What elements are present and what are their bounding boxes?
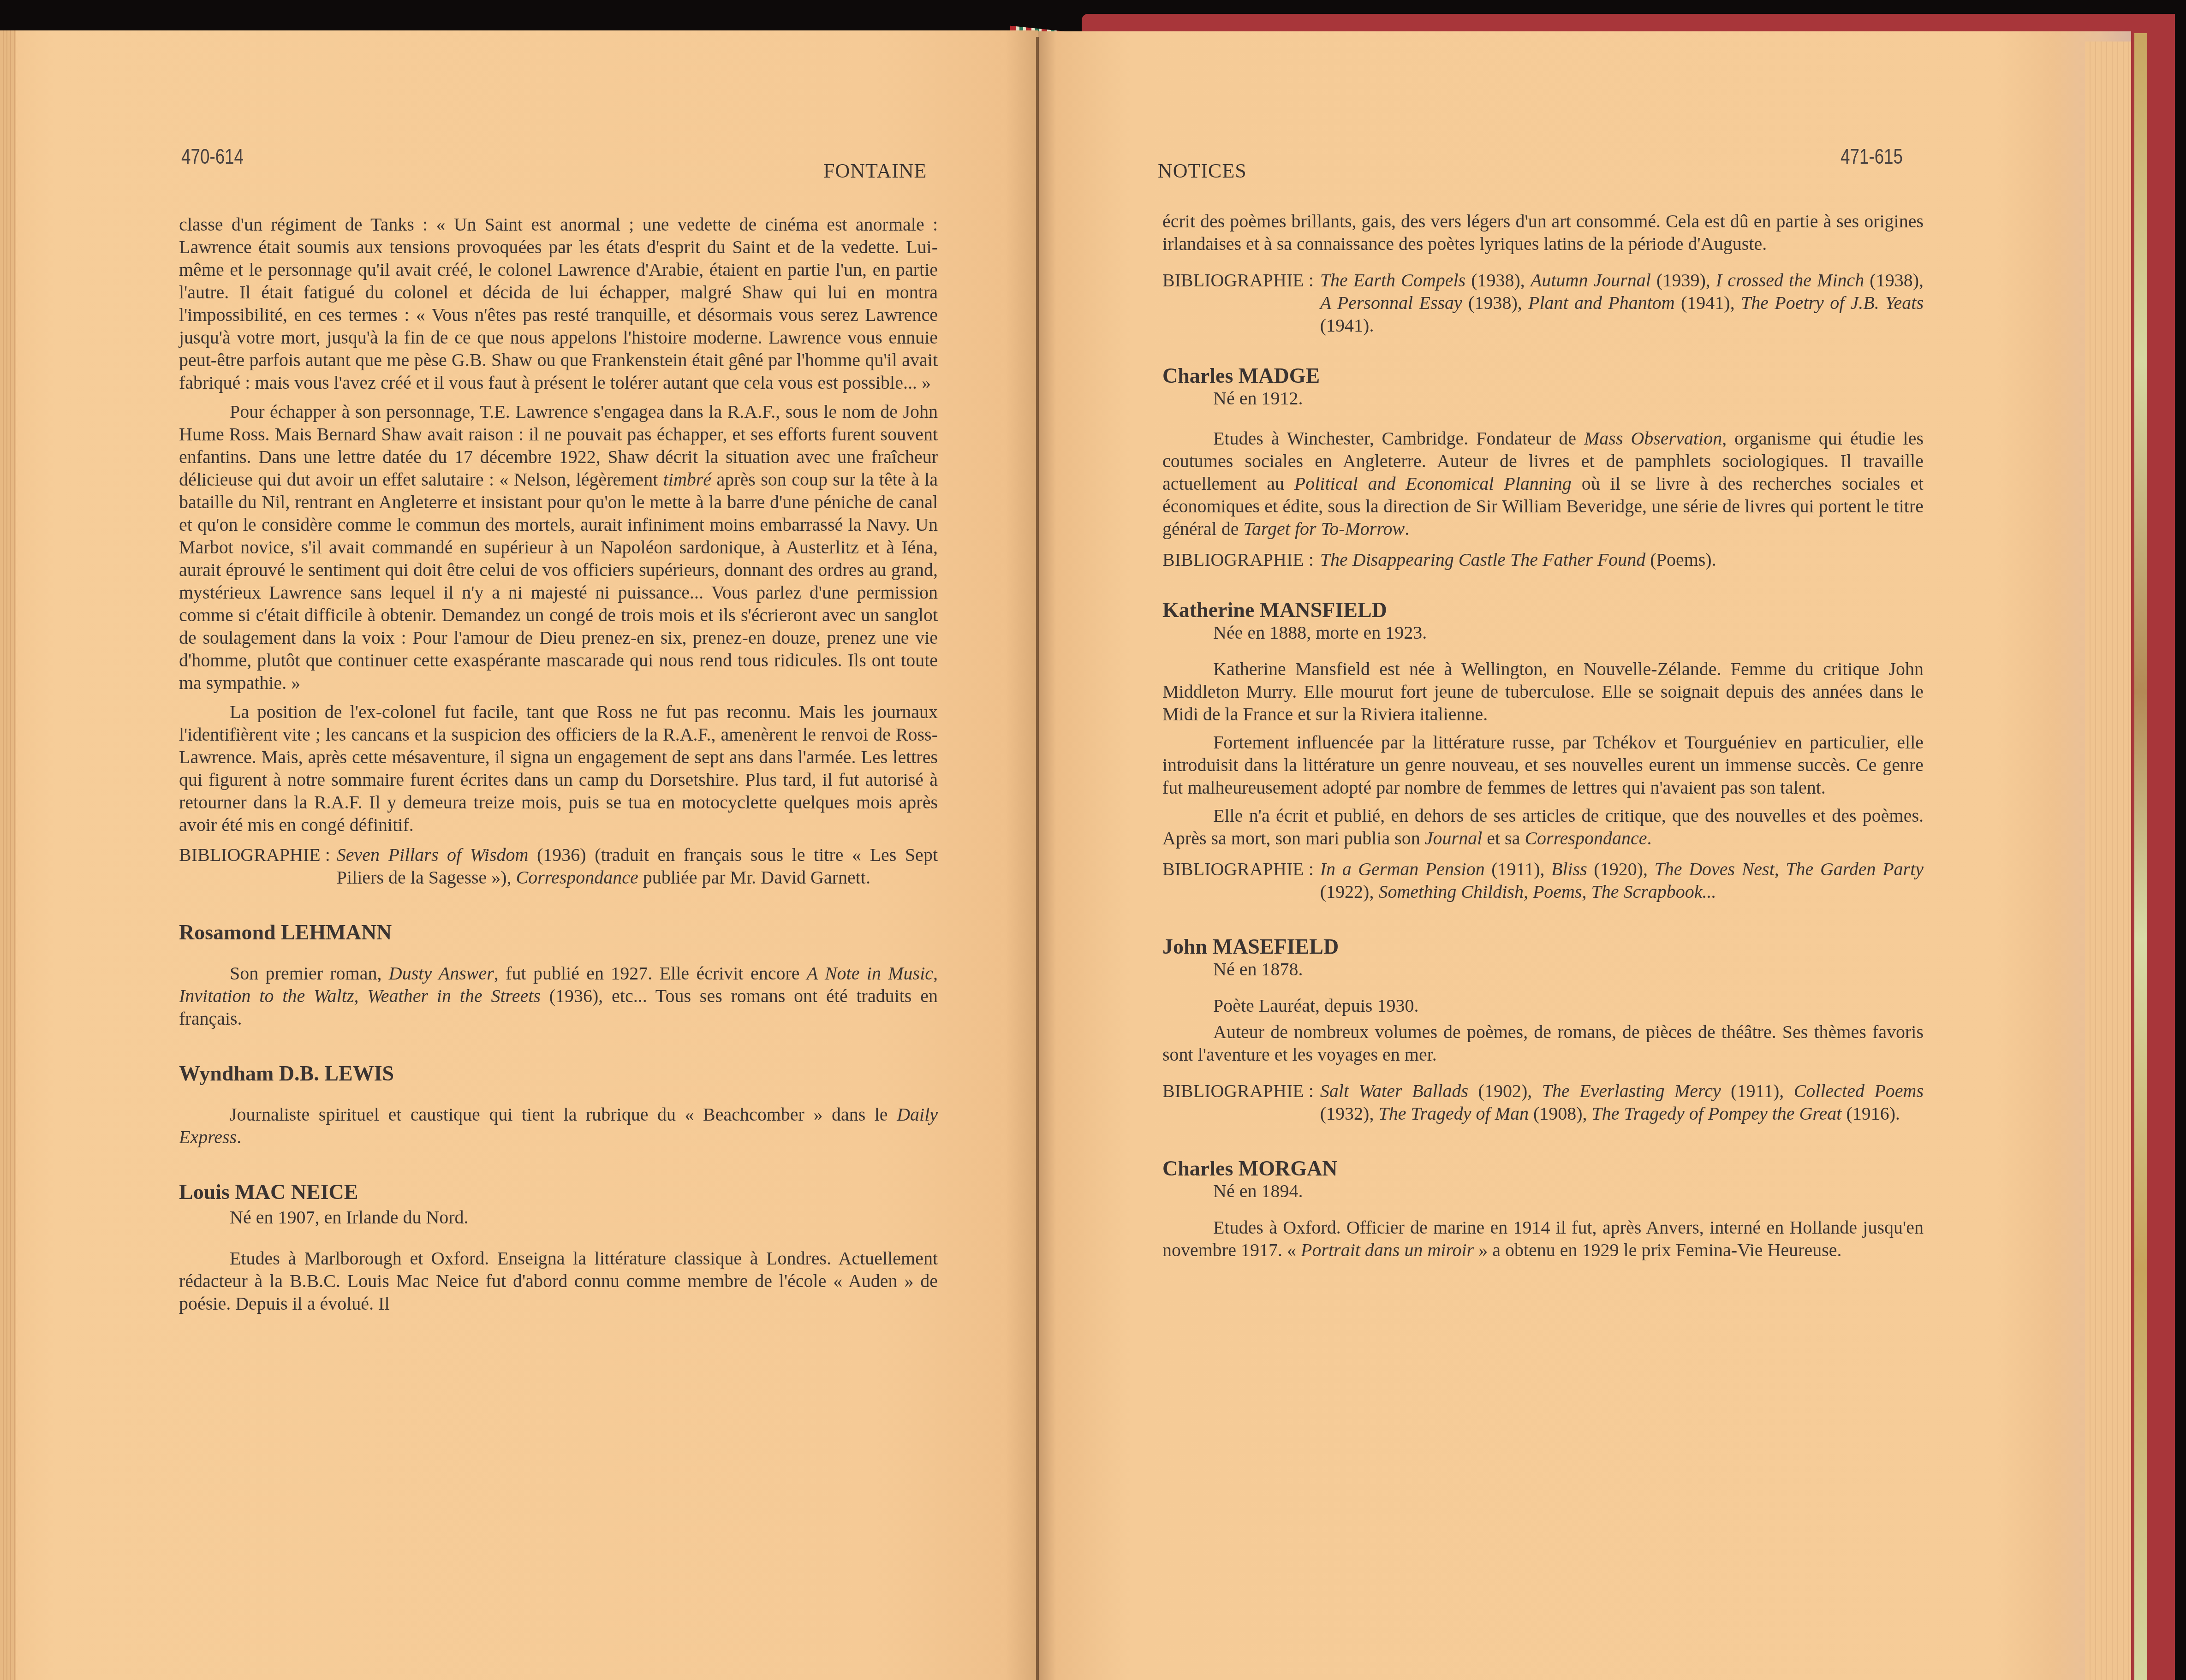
macneice-bibliography: BIBLIOGRAPHIE : The Earth Compels (1938)…: [1162, 269, 1924, 337]
entry-text: Poète Lauréat, depuis 1930.: [1213, 994, 1924, 1017]
author-name: Louis MAC NEICE: [179, 1181, 938, 1203]
running-head-right: NOTICES: [1158, 159, 1247, 183]
running-head-left: FONTAINE: [823, 159, 927, 183]
lawrence-bibliography: BIBLIOGRAPHIE : Seven Pillars of Wisdom …: [179, 843, 938, 889]
entry-text: Son premier roman, Dusty Answer, fut pub…: [179, 962, 938, 1030]
author-name: Charles MORGAN: [1162, 1157, 1924, 1180]
right-page-edges: [2085, 42, 2131, 1680]
author-name: Katherine MANSFIELD: [1162, 599, 1924, 621]
page-number-left: 470-614: [181, 144, 244, 169]
left-page-body: classe d'un régiment de Tanks : « Un Sai…: [179, 213, 938, 1315]
lawrence-position-paragraph: La position de l'ex-colonel fut facile, …: [179, 700, 938, 836]
right-page-body: écrit des poèmes brillants, gais, des ve…: [1162, 210, 1924, 1261]
entry-text: Elle n'a écrit et publié, en dehors de s…: [1162, 804, 1924, 849]
entry-lehmann: Rosamond LEHMANN Son premier roman, Dust…: [179, 921, 938, 1030]
birth-info: Né en 1912.: [1213, 387, 1924, 410]
entry-madge: Charles MADGE Né en 1912. Etudes à Winch…: [1162, 364, 1924, 571]
entry-morgan: Charles MORGAN Né en 1894. Etudes à Oxfo…: [1162, 1157, 1924, 1261]
page-number-right: 471-615: [1841, 144, 1903, 169]
entry-text: Etudes à Marlborough et Oxford. Enseigna…: [179, 1247, 938, 1315]
madge-bibliography: BIBLIOGRAPHIE : The Disappearing Castle …: [1162, 548, 1924, 571]
lawrence-raf-paragraph: Pour échapper à son personnage, T.E. Law…: [179, 400, 938, 694]
lawrence-continuation-paragraph: classe d'un régiment de Tanks : « Un Sai…: [179, 213, 938, 394]
entry-text: Journaliste spirituel et caustique qui t…: [179, 1103, 938, 1148]
author-name: Rosamond LEHMANN: [179, 921, 938, 944]
entry-lewis: Wyndham D.B. LEWIS Journaliste spirituel…: [179, 1062, 938, 1148]
birth-info: Né en 1907, en Irlande du Nord.: [230, 1206, 938, 1229]
entry-text: Auteur de nombreux volumes de poèmes, de…: [1162, 1021, 1924, 1066]
left-page-edges: [0, 30, 16, 1680]
birth-info: Née en 1888, morte en 1923.: [1213, 621, 1924, 644]
entry-mansfield: Katherine MANSFIELD Née en 1888, morte e…: [1162, 599, 1924, 903]
birth-info: Né en 1878.: [1213, 958, 1924, 980]
author-name: Charles MADGE: [1162, 364, 1924, 387]
entry-text: Katherine Mansfield est née à Wellington…: [1162, 658, 1924, 725]
entry-macneice: Louis MAC NEICE Né en 1907, en Irlande d…: [179, 1181, 938, 1315]
birth-info: Né en 1894.: [1213, 1180, 1924, 1202]
masefield-bibliography: BIBLIOGRAPHIE : Salt Water Ballads (1902…: [1162, 1080, 1924, 1125]
book-gutter: [1036, 37, 1039, 1680]
marbled-endpaper: [2134, 33, 2147, 1680]
mansfield-bibliography: BIBLIOGRAPHIE : In a German Pension (191…: [1162, 858, 1924, 903]
macneice-continuation: écrit des poèmes brillants, gais, des ve…: [1162, 210, 1924, 255]
entry-text: Etudes à Winchester, Cambridge. Fondateu…: [1162, 427, 1924, 540]
entry-text: Fortement influencée par la littérature …: [1162, 731, 1924, 799]
author-name: Wyndham D.B. LEWIS: [179, 1062, 938, 1085]
entry-masefield: John MASEFIELD Né en 1878. Poète Lauréat…: [1162, 935, 1924, 1125]
entry-text: Etudes à Oxford. Officier de marine en 1…: [1162, 1216, 1924, 1261]
author-name: John MASEFIELD: [1162, 935, 1924, 958]
